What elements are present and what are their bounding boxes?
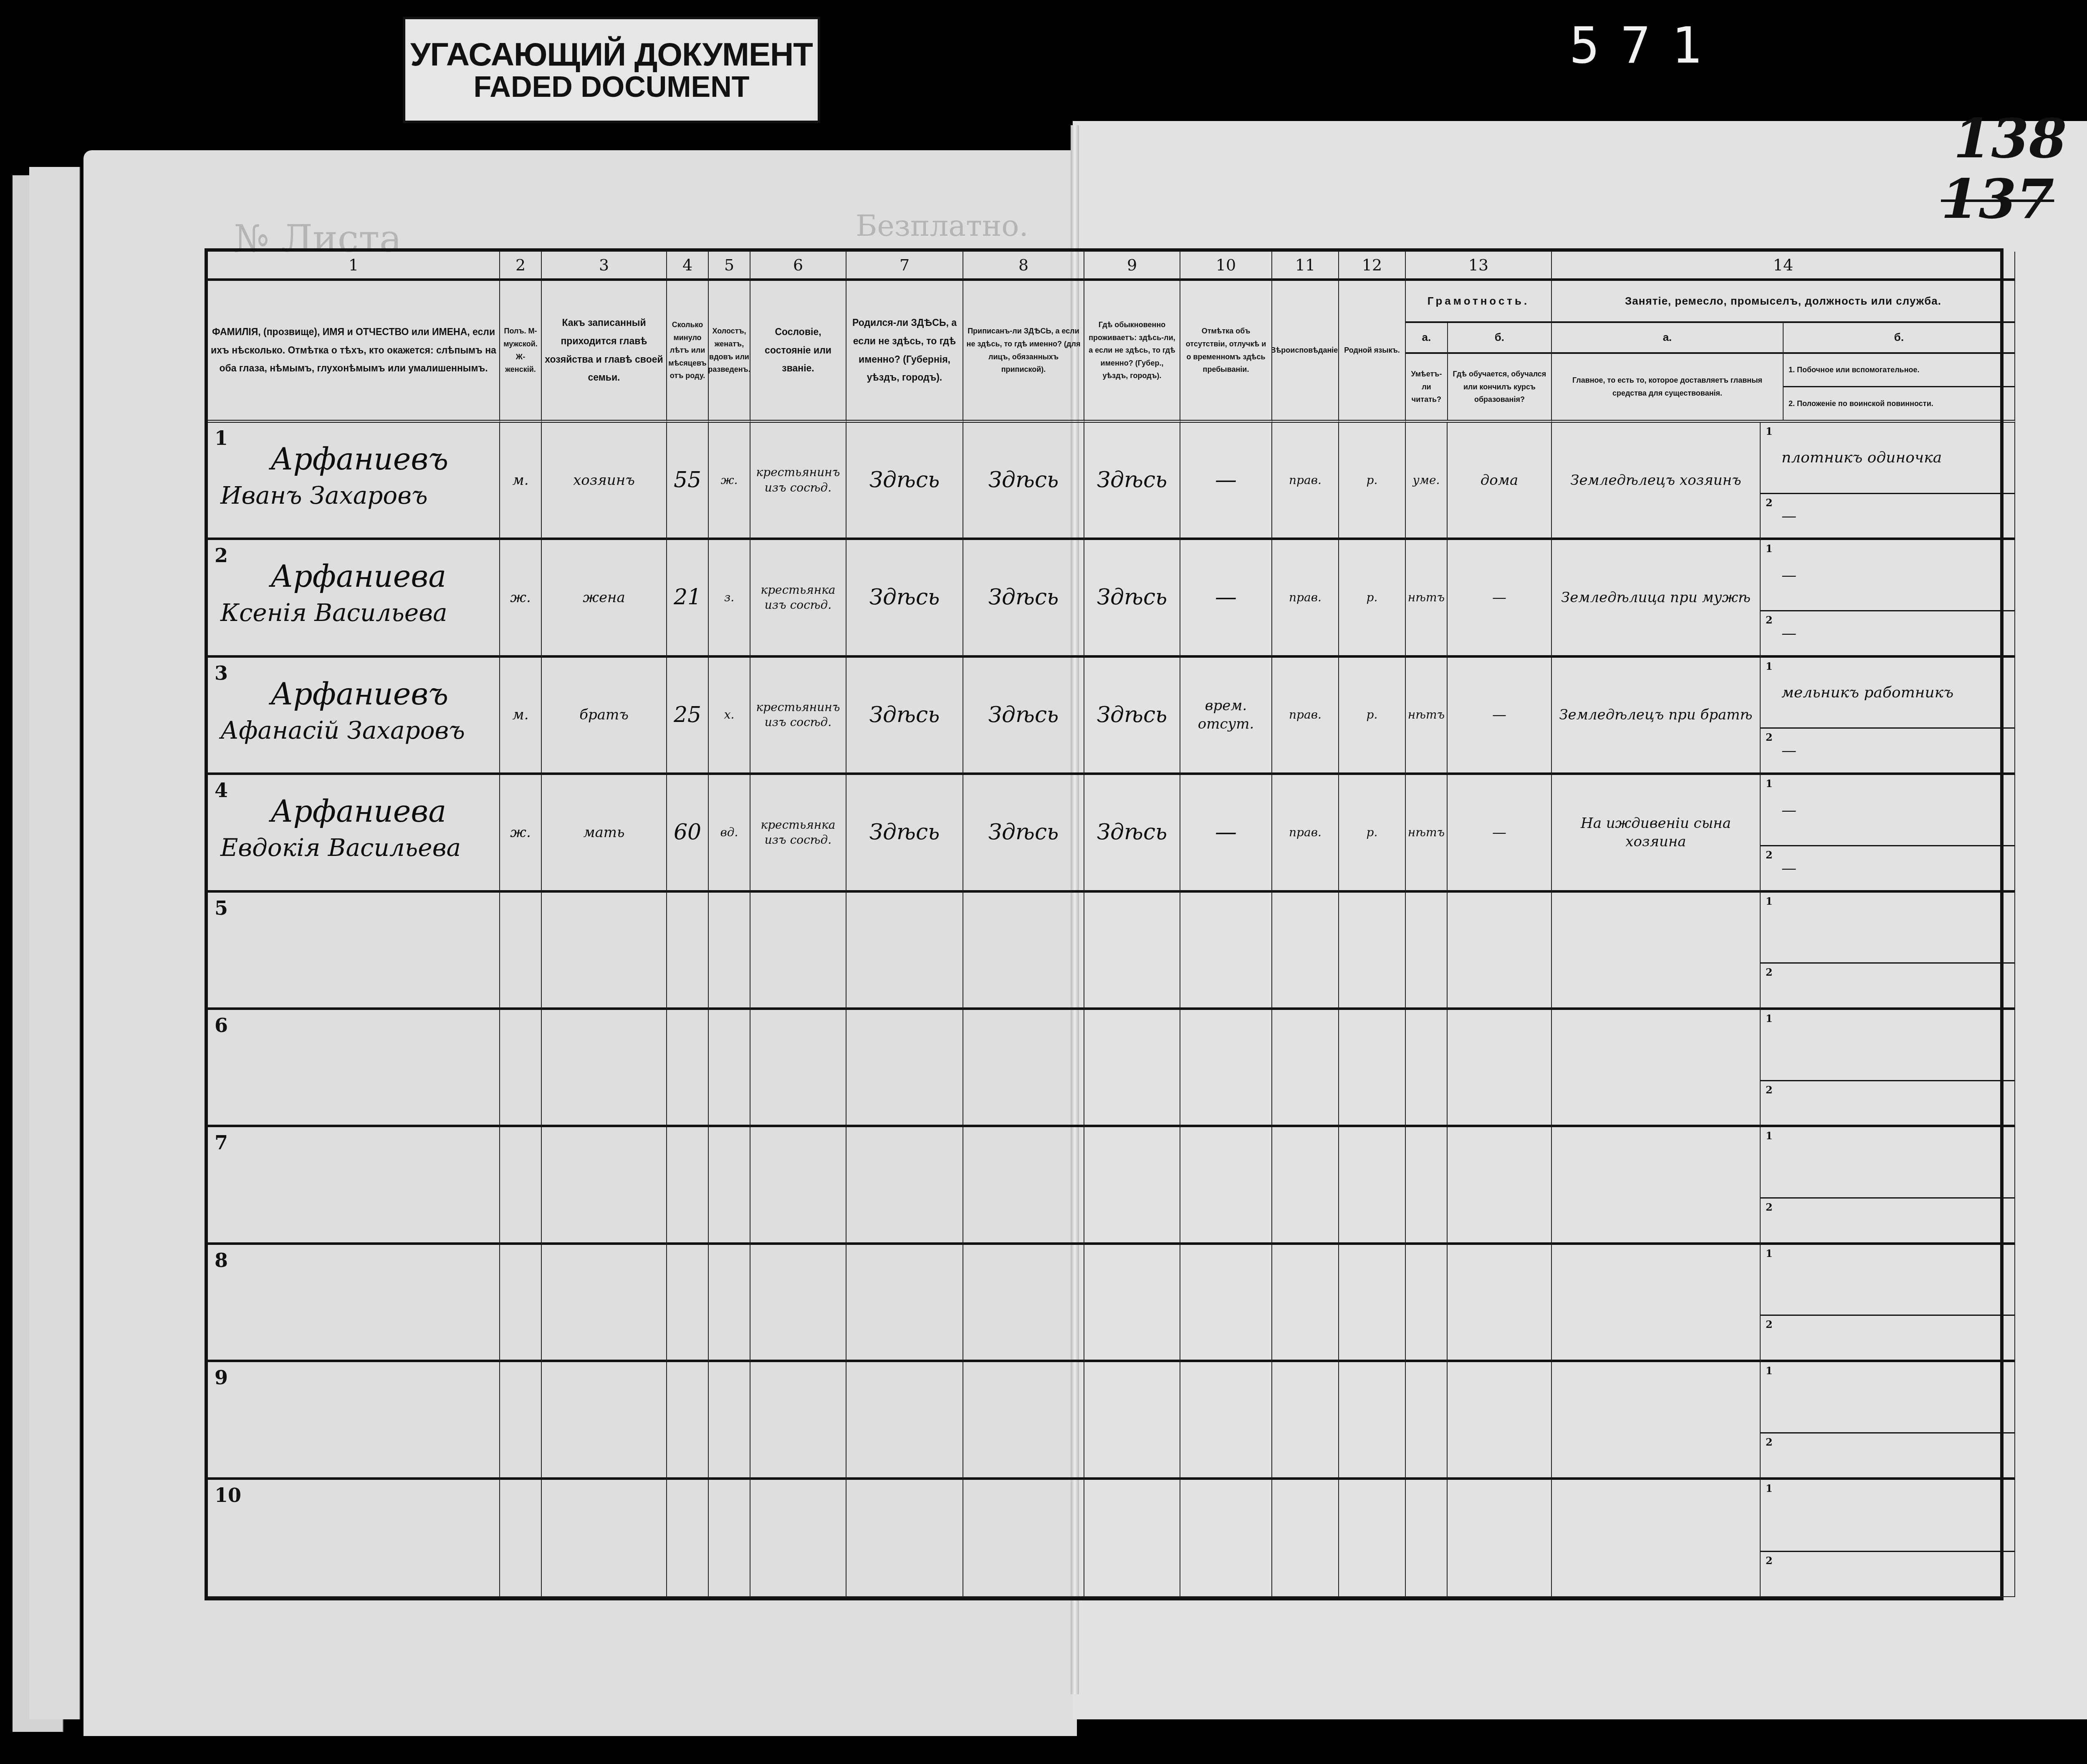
col-number: 10: [1180, 252, 1272, 281]
cell-language: р.: [1339, 658, 1405, 772]
page-stack-edge: [29, 167, 80, 1719]
header-absence: Отмѣтка объ отсутствіи, отлучкѣ и о врем…: [1180, 281, 1272, 423]
census-form-table: 1 2 3 4 5 6 7 8 9 10 11 12 13 14 ФАМИЛІЯ…: [205, 248, 2004, 1600]
cell-religion: прав.: [1272, 423, 1338, 538]
surname: Арфаниевъ: [270, 442, 448, 477]
cell-marital: з.: [709, 540, 750, 655]
col-number: 14: [1552, 252, 2015, 281]
sub-row-label: 2: [1766, 1084, 1773, 1096]
sub-row-label: 1: [1766, 1130, 1773, 1142]
col-number: 8: [963, 252, 1084, 281]
literacy-a-text: Умѣетъ-ли читать?: [1406, 354, 1447, 420]
cell-literate: нѣтъ: [1406, 775, 1447, 890]
cell-residence: Здѣсь: [1084, 423, 1180, 538]
folio-number-struck: 137: [1941, 167, 2054, 231]
cell-age: 21: [667, 540, 708, 655]
given-name: Ксенія Васильева: [220, 598, 447, 627]
cell-schooling: —: [1448, 540, 1551, 655]
cell-marital: х.: [709, 658, 750, 772]
sub-row-label: 2: [1766, 1436, 1773, 1448]
cell-main-occupation: Земледѣлецъ хозяинъ: [1552, 423, 1760, 538]
header-religion: Вѣроисповѣданіе.: [1272, 281, 1339, 423]
cell-absence: врем. отсут.: [1180, 658, 1271, 772]
cell-absence: —: [1180, 540, 1271, 655]
cell-name-empty: 6: [208, 1010, 500, 1127]
cell-registration: Здѣсь: [963, 423, 1084, 538]
sub-row-label: 2: [1766, 731, 1773, 743]
cell-relation: хозяинъ: [542, 423, 666, 538]
cell-literate: нѣтъ: [1406, 658, 1447, 772]
cell-sex: м.: [500, 423, 541, 538]
cell-name-empty: 7: [208, 1127, 500, 1244]
cell-estate: крестьянинъ изъ сосѣд.: [750, 658, 846, 772]
header-registration: Приписанъ-ли ЗДѢСЬ, а если не здѣсь, то …: [963, 281, 1084, 423]
cell-sex: м.: [500, 658, 541, 772]
cell-language: р.: [1339, 775, 1405, 890]
cell-relation: братъ: [542, 658, 666, 772]
row-number: 4: [215, 779, 228, 802]
col-number: 2: [500, 252, 542, 281]
header-literacy-group: Грамотность. а. Умѣетъ-ли читать? б. Гдѣ…: [1406, 281, 1552, 423]
sub-row-label: 1: [1766, 1365, 1773, 1377]
occupation-a-text: Главное, то есть то, которое доставляетъ…: [1552, 354, 1783, 420]
header-occupation-group: Занятіе, ремесло, промыселъ, должность и…: [1552, 281, 2015, 423]
header-name: ФАМИЛІЯ, (прозвище), ИМЯ и ОТЧЕСТВО или …: [208, 281, 500, 423]
cell-schooling: дома: [1448, 423, 1551, 538]
surname: Арфаниева: [270, 559, 446, 594]
sub-row-label: 2: [1766, 1318, 1773, 1330]
cell-name: 4 Арфаниева Евдокія Васильева: [208, 775, 500, 892]
cell-military: —: [1781, 507, 1796, 525]
sub-row-label: 2: [1766, 849, 1773, 861]
sub-row-label: 1: [1766, 895, 1773, 907]
sub-row-label: 2: [1766, 1201, 1773, 1213]
cell-name-empty: 8: [208, 1245, 500, 1362]
literacy-title: Грамотность.: [1406, 281, 1551, 323]
occupation-title: Занятіе, ремесло, промыселъ, должность и…: [1552, 281, 2014, 323]
cell-literate: нѣтъ: [1406, 540, 1447, 655]
cell-sex: ж.: [500, 540, 541, 655]
literacy-a-label: а.: [1406, 323, 1447, 353]
cell-name-empty: 10: [208, 1480, 500, 1597]
literacy-b-text: Гдѣ обучается, обучался или кончилъ курс…: [1448, 354, 1551, 420]
row-number: 9: [215, 1366, 228, 1389]
sub-row-label: 2: [1766, 1555, 1773, 1567]
cell-language: р.: [1339, 423, 1405, 538]
row-number: 8: [215, 1249, 228, 1272]
cell-birthplace: Здѣсь: [846, 540, 963, 655]
cell-main-occupation: На иждивеніи сына хозяина: [1552, 775, 1760, 890]
faded-document-label: УГАСАЮЩИЙ ДОКУМЕНТ FADED DOCUMENT: [403, 17, 820, 123]
sub-row-label: 2: [1766, 966, 1773, 978]
cell-side-occupation: —: [1781, 802, 1796, 819]
sub-row-label: 2: [1766, 497, 1773, 509]
sub-row-label: 1: [1766, 1247, 1773, 1259]
cell-sex: ж.: [500, 775, 541, 890]
surname: Арфаниева: [270, 794, 446, 829]
col-number: 7: [846, 252, 963, 281]
cell-side-occupation: плотникъ одиночка: [1781, 449, 1942, 466]
col-number: 5: [709, 252, 750, 281]
col-number: 13: [1406, 252, 1552, 281]
occupation-b-label: б.: [1784, 323, 2014, 353]
cell-registration: Здѣсь: [963, 658, 1084, 772]
cell-religion: прав.: [1272, 775, 1338, 890]
given-name: Иванъ Захаровъ: [220, 481, 428, 510]
row-number: 7: [215, 1131, 228, 1154]
sub-row-label: 1: [1766, 660, 1773, 672]
cell-age: 60: [667, 775, 708, 890]
row-number: 3: [215, 662, 228, 684]
cell-schooling: —: [1448, 775, 1551, 890]
sub-row-label: 2: [1766, 614, 1773, 626]
given-name: Афанасій Захаровъ: [220, 716, 465, 744]
cell-estate: крестьянка изъ сосѣд.: [750, 540, 846, 655]
header-age: Сколько минуло лѣтъ или мѣсяцевъ отъ род…: [667, 281, 709, 423]
occupation-b2-text: 2. Положеніе по воинской повинности.: [1784, 387, 2014, 420]
cell-absence: —: [1180, 775, 1271, 890]
sub-row-label: 1: [1766, 543, 1773, 555]
cell-registration: Здѣсь: [963, 775, 1084, 890]
cell-religion: прав.: [1272, 658, 1338, 772]
cell-name-empty: 5: [208, 893, 500, 1010]
cell-name-empty: 9: [208, 1362, 500, 1479]
occupation-b1-text: 1. Побочное или вспомогательное.: [1784, 354, 2014, 388]
header-sex: Полъ. М-мужской. Ж-женскій.: [500, 281, 542, 423]
cell-side-occupation: —: [1781, 567, 1796, 584]
cell-age: 25: [667, 658, 708, 772]
cell-military: —: [1781, 625, 1796, 642]
sub-row-label: 1: [1766, 1482, 1773, 1494]
label-line-russian: УГАСАЮЩИЙ ДОКУМЕНТ: [410, 38, 813, 72]
faint-print-free: Безплатно.: [856, 209, 1028, 243]
header-estate: Сословіе, состояніе или званіе.: [750, 281, 846, 423]
cell-name: 3 Арфаниевъ Афанасій Захаровъ: [208, 658, 500, 775]
cell-main-occupation: Земледѣлецъ при братѣ: [1552, 658, 1760, 772]
cell-literate: уме.: [1406, 423, 1447, 538]
row-number: 2: [215, 544, 228, 567]
cell-side-occupation: мельникъ работникъ: [1781, 684, 1953, 701]
cell-birthplace: Здѣсь: [846, 423, 963, 538]
cell-relation: мать: [542, 775, 666, 890]
cell-name: 1 Арфаниевъ Иванъ Захаровъ: [208, 423, 500, 540]
cell-registration: Здѣсь: [963, 540, 1084, 655]
sub-row-label: 1: [1766, 425, 1773, 437]
row-number: 5: [215, 897, 228, 919]
occupation-a-label: а.: [1552, 323, 1783, 353]
header-residence: Гдѣ обыкновенно проживаетъ: здѣсь-ли, а …: [1084, 281, 1180, 423]
header-marital: Холостъ, женатъ, вдовъ или разведенъ.: [709, 281, 750, 423]
cell-name: 2 Арфаниева Ксенія Васильева: [208, 540, 500, 657]
row-number: 10: [215, 1484, 241, 1507]
cell-absence: —: [1180, 423, 1271, 538]
cell-military: —: [1781, 742, 1796, 759]
row-number: 6: [215, 1014, 228, 1037]
col-number: 3: [542, 252, 667, 281]
row-number: 1: [215, 427, 228, 449]
header-relation: Какъ записанный приходится главѣ хозяйст…: [542, 281, 667, 423]
cell-main-occupation: Земледѣлица при мужѣ: [1552, 540, 1760, 655]
cell-marital: вд.: [709, 775, 750, 890]
cell-birthplace: Здѣсь: [846, 775, 963, 890]
cell-schooling: —: [1448, 658, 1551, 772]
cell-relation: жена: [542, 540, 666, 655]
sub-row-label: 1: [1766, 1012, 1773, 1025]
cell-religion: прав.: [1272, 540, 1338, 655]
scan-frame-number: 571: [1569, 17, 1723, 75]
sub-row-label: 1: [1766, 777, 1773, 790]
col-number: 1: [208, 252, 500, 281]
cell-birthplace: Здѣсь: [846, 658, 963, 772]
folio-number-current: 138: [1953, 106, 2067, 170]
given-name: Евдокія Васильева: [220, 833, 461, 862]
cell-military: —: [1781, 860, 1796, 877]
cell-estate: крестьянинъ изъ сосѣд.: [750, 423, 846, 538]
col-number: 12: [1339, 252, 1406, 281]
col-number: 11: [1272, 252, 1339, 281]
label-line-english: FADED DOCUMENT: [473, 72, 749, 103]
header-language: Родной языкъ.: [1339, 281, 1406, 423]
col-number: 6: [750, 252, 846, 281]
col-number: 4: [667, 252, 709, 281]
cell-language: р.: [1339, 540, 1405, 655]
cell-age: 55: [667, 423, 708, 538]
cell-residence: Здѣсь: [1084, 775, 1180, 890]
header-birthplace: Родился-ли ЗДѢСЬ, а если не здѣсь, то гд…: [846, 281, 963, 423]
col-number: 9: [1084, 252, 1180, 281]
literacy-b-label: б.: [1448, 323, 1551, 353]
surname: Арфаниевъ: [270, 676, 448, 712]
cell-residence: Здѣсь: [1084, 658, 1180, 772]
cell-marital: ж.: [709, 423, 750, 538]
cell-estate: крестьянка изъ сосѣд.: [750, 775, 846, 890]
cell-residence: Здѣсь: [1084, 540, 1180, 655]
